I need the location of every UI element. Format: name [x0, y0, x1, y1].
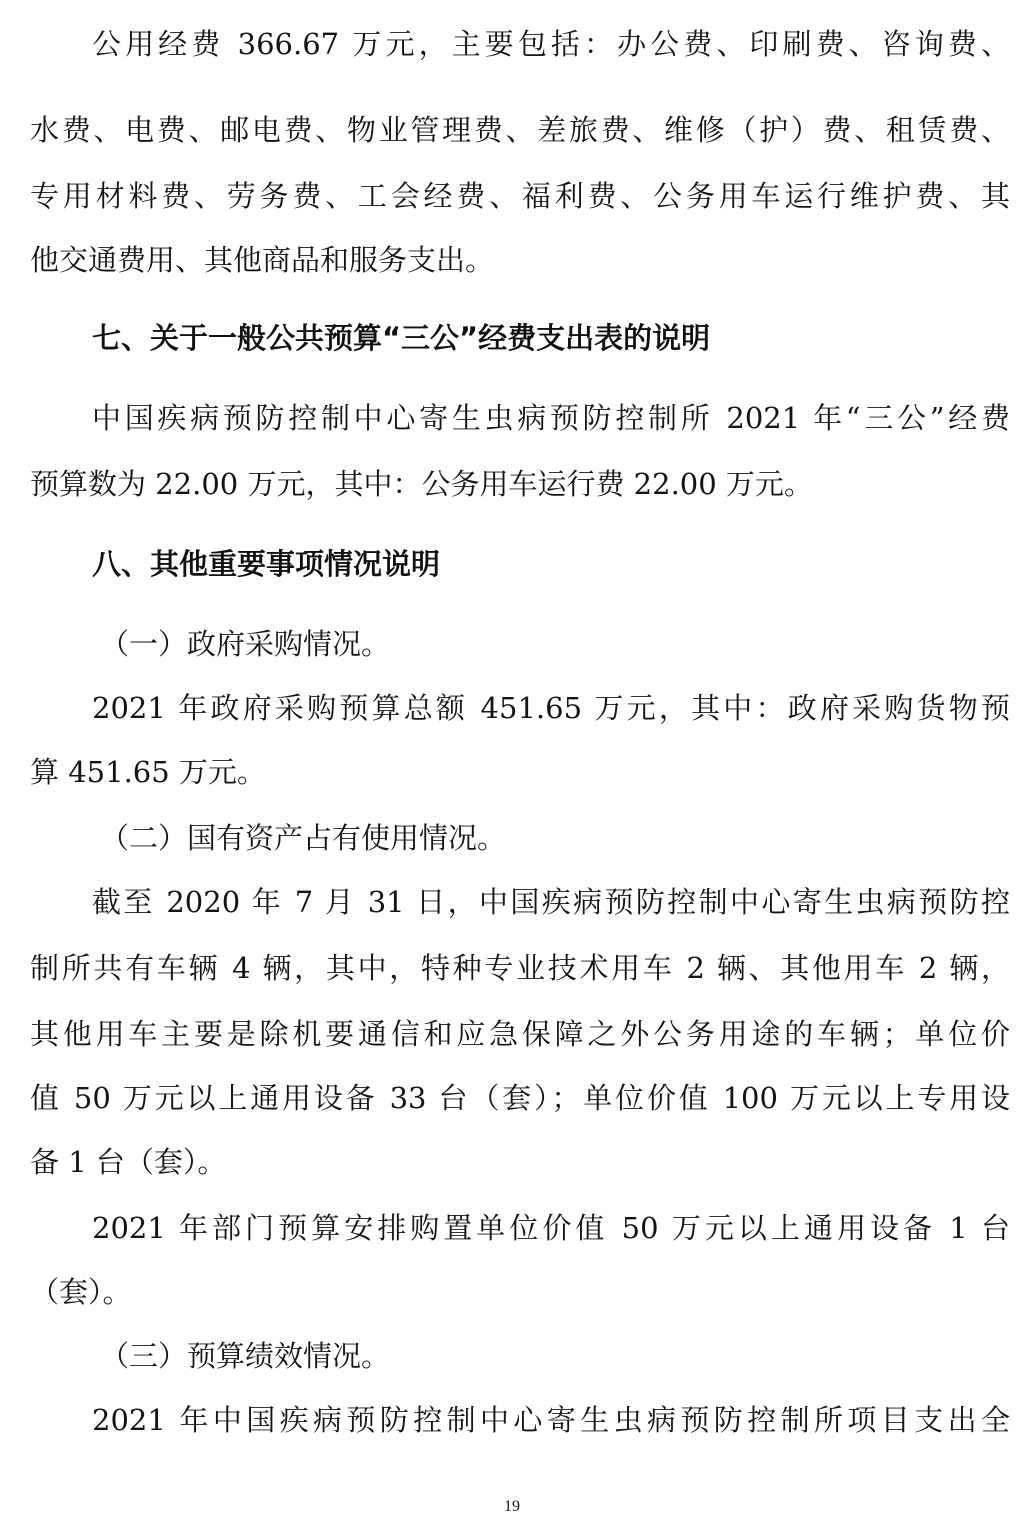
subsection-2-p2-line-1: 2021 年部门预算安排购置单位价值 50 万元以上通用设备 1 台: [92, 1208, 1010, 1248]
public-funds-line-2: 水费、电费、邮电费、物业管理费、差旅费、维修（护）费、租赁费、: [30, 110, 1010, 150]
subsection-1-line-1: 2021 年政府采购预算总额 451.65 万元，其中：政府采购货物预: [92, 688, 1010, 728]
page-number: 19: [0, 1497, 1024, 1517]
public-funds-line-1: 公用经费 366.67 万元，主要包括：办公费、印刷费、咨询费、: [92, 24, 1010, 64]
subsection-2-p1-line-4: 值 50 万元以上通用设备 33 台（套）；单位价值 100 万元以上专用设: [30, 1078, 1010, 1118]
subsection-2-p1-line-5: 备 1 台（套）。: [30, 1142, 1010, 1182]
subsection-2-p2-line-2: （套）。: [30, 1272, 1010, 1312]
subsection-2-p1-line-1: 截至 2020 年 7 月 31 日，中国疾病预防控制中心寄生虫病预防控: [92, 882, 1010, 922]
document-page: 公用经费 366.67 万元，主要包括：办公费、印刷费、咨询费、 水费、电费、邮…: [0, 0, 1024, 1534]
subsection-2-p1-line-2: 制所共有车辆 4 辆，其中，特种专业技术用车 2 辆、其他用车 2 辆，: [30, 948, 1010, 988]
subsection-1-title: （一）政府采购情况。: [100, 624, 390, 664]
section-8-heading: 八、其他重要事项情况说明: [92, 544, 440, 584]
subsection-3-title: （三）预算绩效情况。: [100, 1336, 390, 1376]
subsection-3-line-1: 2021 年中国疾病预防控制中心寄生虫病预防控制所项目支出全: [92, 1400, 1010, 1440]
subsection-2-title: （二）国有资产占有使用情况。: [100, 818, 506, 858]
public-funds-line-3: 专用材料费、劳务费、工会经费、福利费、公务用车运行维护费、其: [30, 176, 1010, 216]
section-7-line-1: 中国疾病预防控制中心寄生虫病预防控制所 2021 年“三公”经费: [92, 398, 1010, 438]
public-funds-line-4: 他交通费用、其他商品和服务支出。: [30, 240, 1010, 280]
section-7-line-2: 预算数为 22.00 万元，其中：公务用车运行费 22.00 万元。: [30, 464, 1010, 504]
subsection-1-line-2: 算 451.65 万元。: [30, 752, 1010, 792]
section-7-heading: 七、关于一般公共预算“三公”经费支出表的说明: [92, 318, 710, 358]
subsection-2-p1-line-3: 其他用车主要是除机要通信和应急保障之外公务用途的车辆；单位价: [30, 1014, 1010, 1054]
